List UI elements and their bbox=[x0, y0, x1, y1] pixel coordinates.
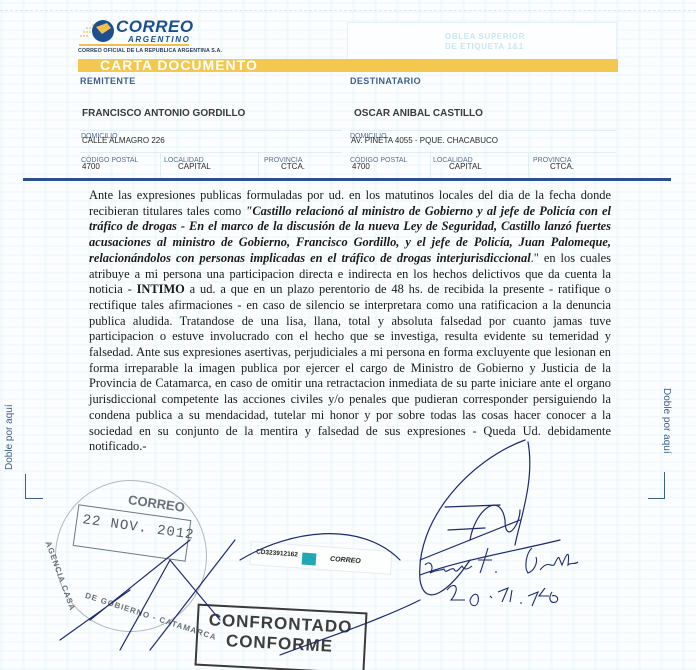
logo-rule bbox=[79, 44, 189, 46]
remitente-localidad: CAPITAL bbox=[178, 162, 211, 171]
divider bbox=[80, 152, 342, 153]
destinatario-provincia: CTCA. bbox=[550, 162, 574, 171]
destinatario-label: DESTINATARIO bbox=[350, 76, 421, 86]
oblea-text: OBLEA SUPERIOR DE ETIQUETA 1&1 bbox=[445, 32, 545, 52]
remitente-label: REMITENTE bbox=[80, 76, 136, 86]
destinatario-domicilio: AV. PINETA 4055 - PQUE. CHACABUCO bbox=[351, 136, 498, 145]
fold-mark-left: Doble por aquí bbox=[4, 404, 15, 470]
divider bbox=[350, 152, 616, 153]
destinatario-name: OSCAR ANIBAL CASTILLO bbox=[354, 108, 483, 119]
destinatario-cp: 4700 bbox=[352, 162, 370, 171]
remitente-name: FRANCISCO ANTONIO GORDILLO bbox=[82, 108, 245, 119]
letter-body: Ante las expresiones publicas formuladas… bbox=[89, 188, 611, 455]
remitente-provincia: CTCA. bbox=[281, 162, 305, 171]
fold-line bbox=[25, 498, 43, 499]
fold-line bbox=[664, 472, 665, 498]
divider bbox=[350, 130, 616, 131]
section-divider bbox=[23, 178, 671, 181]
remitente-cp: 4700 bbox=[82, 162, 100, 171]
confrontado-text: CONFRONTADO CONFORME bbox=[201, 610, 359, 658]
oblea-line-2: DE ETIQUETA 1&1 bbox=[445, 42, 545, 52]
fold-mark-right: Doble por aquí bbox=[661, 388, 672, 454]
fold-line bbox=[25, 474, 26, 498]
divider bbox=[258, 153, 259, 177]
divider bbox=[160, 153, 161, 177]
document-type-title: CARTA DOCUMENTO bbox=[100, 58, 258, 72]
body-part-3: a ud. a que en un plazo perentorio de 48… bbox=[89, 282, 611, 453]
divider bbox=[528, 153, 529, 177]
brand-name: CORREO bbox=[116, 18, 194, 35]
remitente-domicilio: CALLE ALMAGRO 226 bbox=[82, 136, 165, 145]
intimo-keyword: INTIMO bbox=[137, 282, 185, 296]
oblea-line-1: OBLEA SUPERIOR bbox=[445, 32, 545, 42]
globe-logo-icon bbox=[78, 16, 114, 44]
company-line: CORREO OFICIAL DE LA REPUBLICA ARGENTINA… bbox=[78, 48, 222, 54]
fold-line bbox=[648, 498, 665, 499]
divider bbox=[80, 130, 342, 131]
divider bbox=[430, 153, 431, 177]
correo-argentino-logo: CORREO ARGENTINO bbox=[78, 16, 198, 46]
brand-sub: ARGENTINO bbox=[128, 35, 190, 44]
destinatario-localidad: CAPITAL bbox=[449, 162, 482, 171]
tracking-color-block bbox=[302, 553, 317, 566]
perforation-line bbox=[0, 10, 696, 11]
